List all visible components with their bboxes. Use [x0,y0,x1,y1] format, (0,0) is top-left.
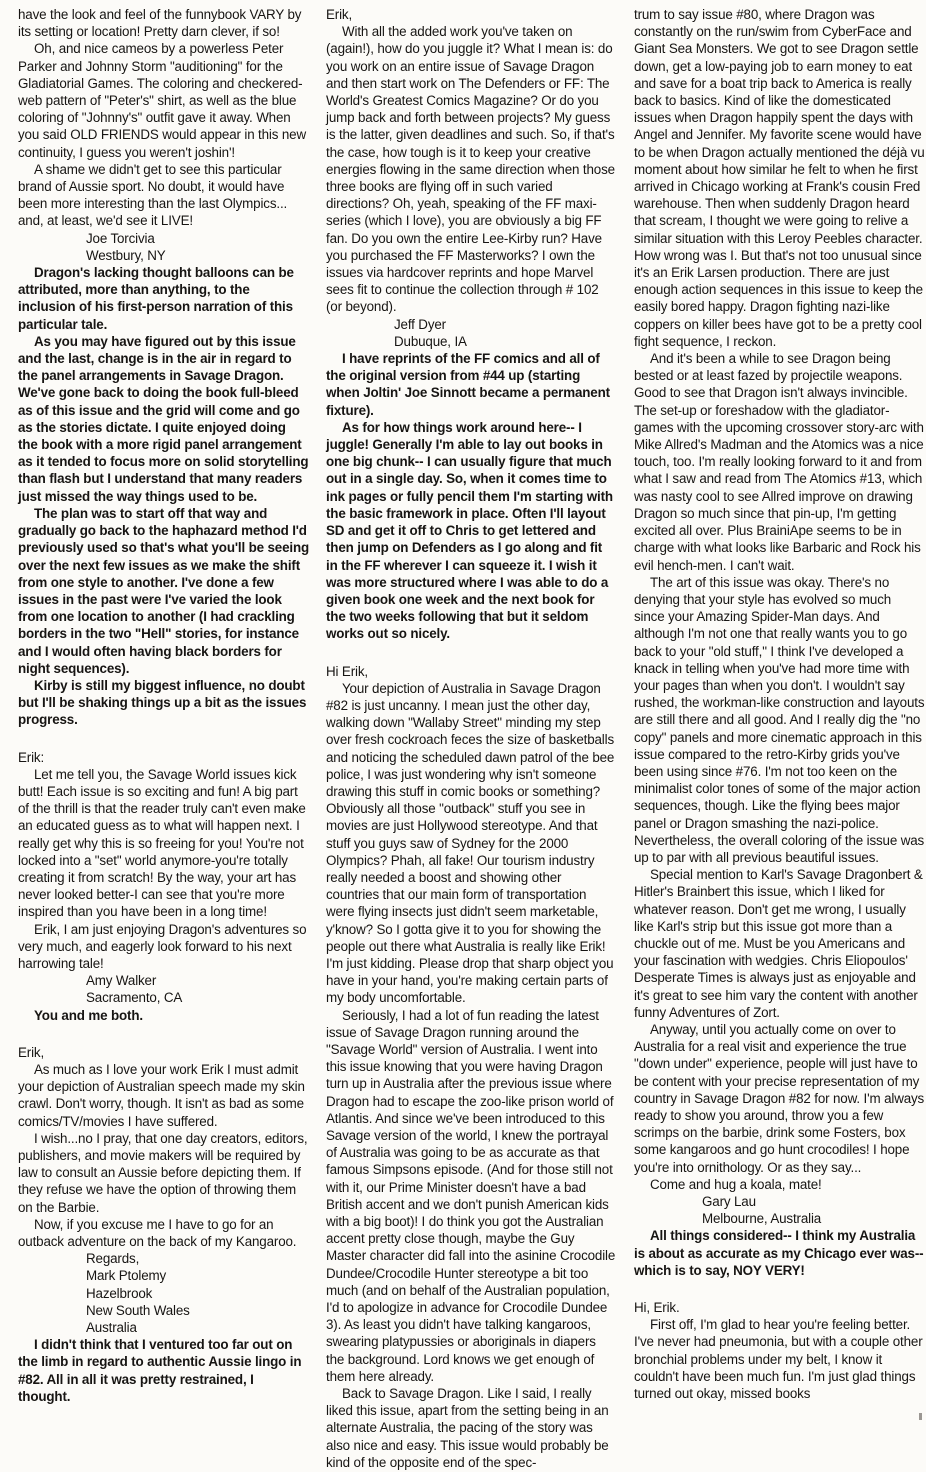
signature-line: Australia [18,1319,309,1336]
letter-salutation: Erik: [18,749,309,766]
column-3: trum to say issue #80, where Dragon was … [634,6,925,1472]
editor-reply-paragraph: As for how things work around here-- I j… [326,419,617,643]
signature-line: Regards, [18,1250,309,1267]
signature-line: Mark Ptolemy [18,1267,309,1284]
letter-paragraph: Seriously, I had a lot of fun reading th… [326,1007,617,1385]
editor-reply-paragraph: All things considered-- I think my Austr… [634,1227,925,1279]
signature-line: New South Wales [18,1302,309,1319]
editor-reply-paragraph: The plan was to start off that way and g… [18,505,309,677]
signature-line: Hazelbrook [18,1285,309,1302]
scan-artifact [919,1413,922,1420]
letter-salutation: Erik, [18,1044,309,1061]
letter-paragraph: Anyway, until you actually come on over … [634,1021,925,1176]
signature-line: Amy Walker [18,972,309,989]
letter-paragraph: Erik, I am just enjoying Dragon's advent… [18,921,309,973]
signature-line: Sacramento, CA [18,989,309,1006]
editor-reply-paragraph: I have reprints of the FF comics and all… [326,350,617,419]
editor-reply-paragraph: Dragon's lacking thought balloons can be… [18,264,309,333]
letter-paragraph: Special mention to Karl's Savage Dragonb… [634,866,925,1021]
letter-paragraph: Now, if you excuse me I have to go for a… [18,1216,309,1250]
editor-reply-paragraph: You and me both. [18,1007,309,1024]
letter-salutation: Hi Erik, [326,663,617,680]
signature-line: Dubuque, IA [326,333,617,350]
signature-line: Gary Lau [634,1193,925,1210]
letter-paragraph: Come and hug a koala, mate! [634,1176,925,1193]
letter-paragraph: Your depiction of Australia in Savage Dr… [326,680,617,1007]
letter-paragraph: The art of this issue was okay. There's … [634,574,925,866]
column-2: Erik,With all the added work you've take… [326,6,617,1472]
signature-line: Melbourne, Australia [634,1210,925,1227]
letter-paragraph: Back to Savage Dragon. Like I said, I re… [326,1385,617,1471]
letter-paragraph: First off, I'm glad to hear you're feeli… [634,1316,925,1402]
signature-line: Jeff Dyer [326,316,617,333]
letter-paragraph: A shame we didn't get to see this partic… [18,161,309,230]
letter-paragraph: Let me tell you, the Savage World issues… [18,766,309,921]
continuation-paragraph: have the look and feel of the funnybook … [18,6,309,40]
signature-line: Westbury, NY [18,247,309,264]
continuation-paragraph: trum to say issue #80, where Dragon was … [634,6,925,350]
letters-page: have the look and feel of the funnybook … [0,0,926,1472]
editor-reply-paragraph: As you may have figured out by this issu… [18,333,309,505]
letter-paragraph: And it's been a while to see Dragon bein… [634,350,925,574]
editor-reply-paragraph: Kirby is still my biggest influence, no … [18,677,309,729]
letter-paragraph: With all the added work you've taken on … [326,23,617,315]
signature-line: Joe Torcivia [18,230,309,247]
letter-salutation: Erik, [326,6,617,23]
letter-paragraph: As much as I love your work Erik I must … [18,1061,309,1130]
editor-reply-paragraph: I didn't think that I ventured too far o… [18,1336,309,1405]
letter-paragraph: Oh, and nice cameos by a powerless Peter… [18,40,309,160]
letter-salutation: Hi, Erik. [634,1299,925,1316]
column-1: have the look and feel of the funnybook … [18,6,309,1472]
letter-paragraph: I wish...no I pray, that one day creator… [18,1130,309,1216]
